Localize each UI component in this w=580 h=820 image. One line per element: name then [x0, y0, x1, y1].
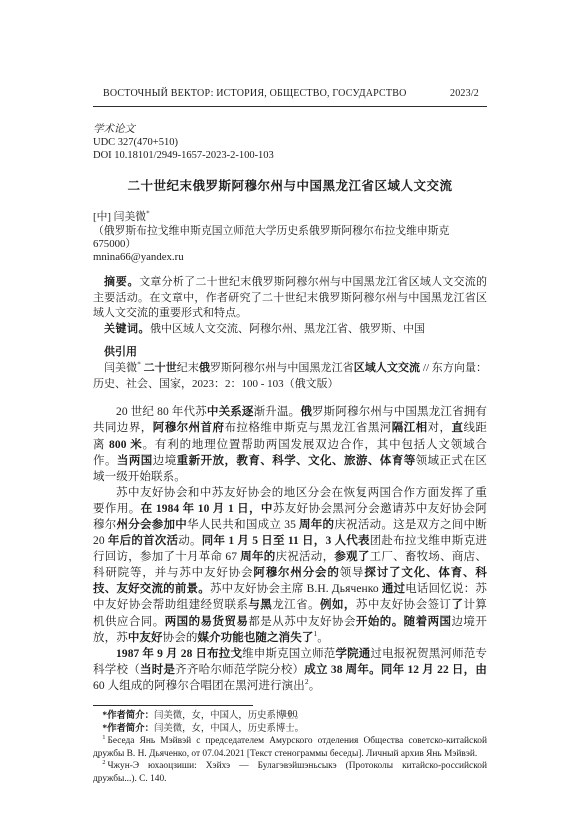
abstract: 摘要。文章分析了二十世纪末俄罗斯阿穆尔州与中国黑龙江省区域人文交流的主要活动。在…: [93, 275, 487, 322]
author-bio-note: *作者简介：闫美微，女，中国人，历史系博士。: [93, 723, 487, 736]
abstract-block: 摘要。文章分析了二十世纪末俄罗斯阿穆尔州与中国黑龙江省区域人文交流的主要活动。在…: [93, 275, 487, 337]
author-email: mnina66@yandex.ru: [93, 251, 487, 264]
journal-page: ВОСТОЧНЫЙ ВЕКТОР: ИСТОРИЯ, ОБЩЕСТВО, ГОС…: [0, 0, 580, 820]
keywords-label: 关键词。: [104, 323, 150, 335]
footnote-item: 2Чжун-Э юхаоцзиши: Хэйхэ — Булагэвэйшэнь…: [93, 760, 487, 785]
author-name: [中] 闫美微*: [93, 211, 487, 224]
citation-heading: 供引用: [93, 345, 487, 361]
doi-code: DOI 10.18101/2949-1657-2023-2-100-103: [93, 150, 487, 163]
journal-name: ВОСТОЧНЫЙ ВЕКТОР: ИСТОРИЯ, ОБЩЕСТВО, ГОС…: [103, 88, 407, 99]
issue-number: 2023/2: [450, 88, 479, 99]
author-note-marker: *: [146, 210, 150, 218]
running-head: ВОСТОЧНЫЙ ВЕКТОР: ИСТОРИЯ, ОБЩЕСТВО, ГОС…: [93, 88, 487, 99]
body-paragraph: 苏中友好协会和中苏友好协会的地区分会在恢复两国合作方面发挥了重要作用。在 198…: [93, 485, 487, 646]
article-title: 二十世纪末俄罗斯阿穆尔州与中国黑龙江省区域人文交流: [93, 176, 487, 194]
article-meta: 学术论文 UDC 327(470+510) DOI 10.18101/2949-…: [93, 124, 487, 162]
footnote-marker: 2: [102, 760, 105, 766]
keywords: 关键词。俄中区域人文交流、阿穆尔州、黑龙江省、俄罗斯、中国: [93, 322, 487, 338]
footnote-item: 1Беседа Янь Мэйвэй с председателем Амурс…: [93, 735, 487, 760]
header-rule: [93, 106, 487, 107]
citation-text: 闫美微* 二十世纪末俄罗斯阿穆尔州与中国黑龙江省区域人文交流 // 东方向量： …: [93, 361, 487, 392]
article-body: 20 世纪 80 年代苏中关系逐渐升温。俄罗斯阿穆尔州与中国黑龙江省拥有共同边界…: [93, 404, 487, 694]
footnote-rule: [93, 705, 253, 706]
abstract-label: 摘要。: [104, 276, 139, 288]
author-affiliation: （俄罗斯布拉戈维申斯克国立师范大学历史系俄罗斯阿穆尔布拉戈维申斯克 675000…: [93, 225, 487, 251]
udc-code: UDC 327(470+510): [93, 137, 487, 150]
citation-block: 供引用 闫美微* 二十世纪末俄罗斯阿穆尔州与中国黑龙江省区域人文交流 // 东方…: [93, 345, 487, 393]
page-number: 100: [0, 709, 580, 720]
author-block: [中] 闫美微* （俄罗斯布拉戈维申斯克国立师范大学历史系俄罗斯阿穆尔布拉戈维申…: [93, 211, 487, 264]
footnote-marker: 1: [102, 735, 105, 741]
article-type: 学术论文: [93, 124, 487, 137]
body-paragraph: 1987 年 9 月 28 日布拉戈维申斯克国立师范学院通过电报祝贺黑河师范专科…: [93, 646, 487, 694]
footnotes: *作者简介：闫美微，女，中国人，历史系博士。 *作者简介：闫美微，女，中国人，历…: [93, 710, 487, 785]
body-paragraph: 20 世纪 80 年代苏中关系逐渐升温。俄罗斯阿穆尔州与中国黑龙江省拥有共同边界…: [93, 404, 487, 484]
